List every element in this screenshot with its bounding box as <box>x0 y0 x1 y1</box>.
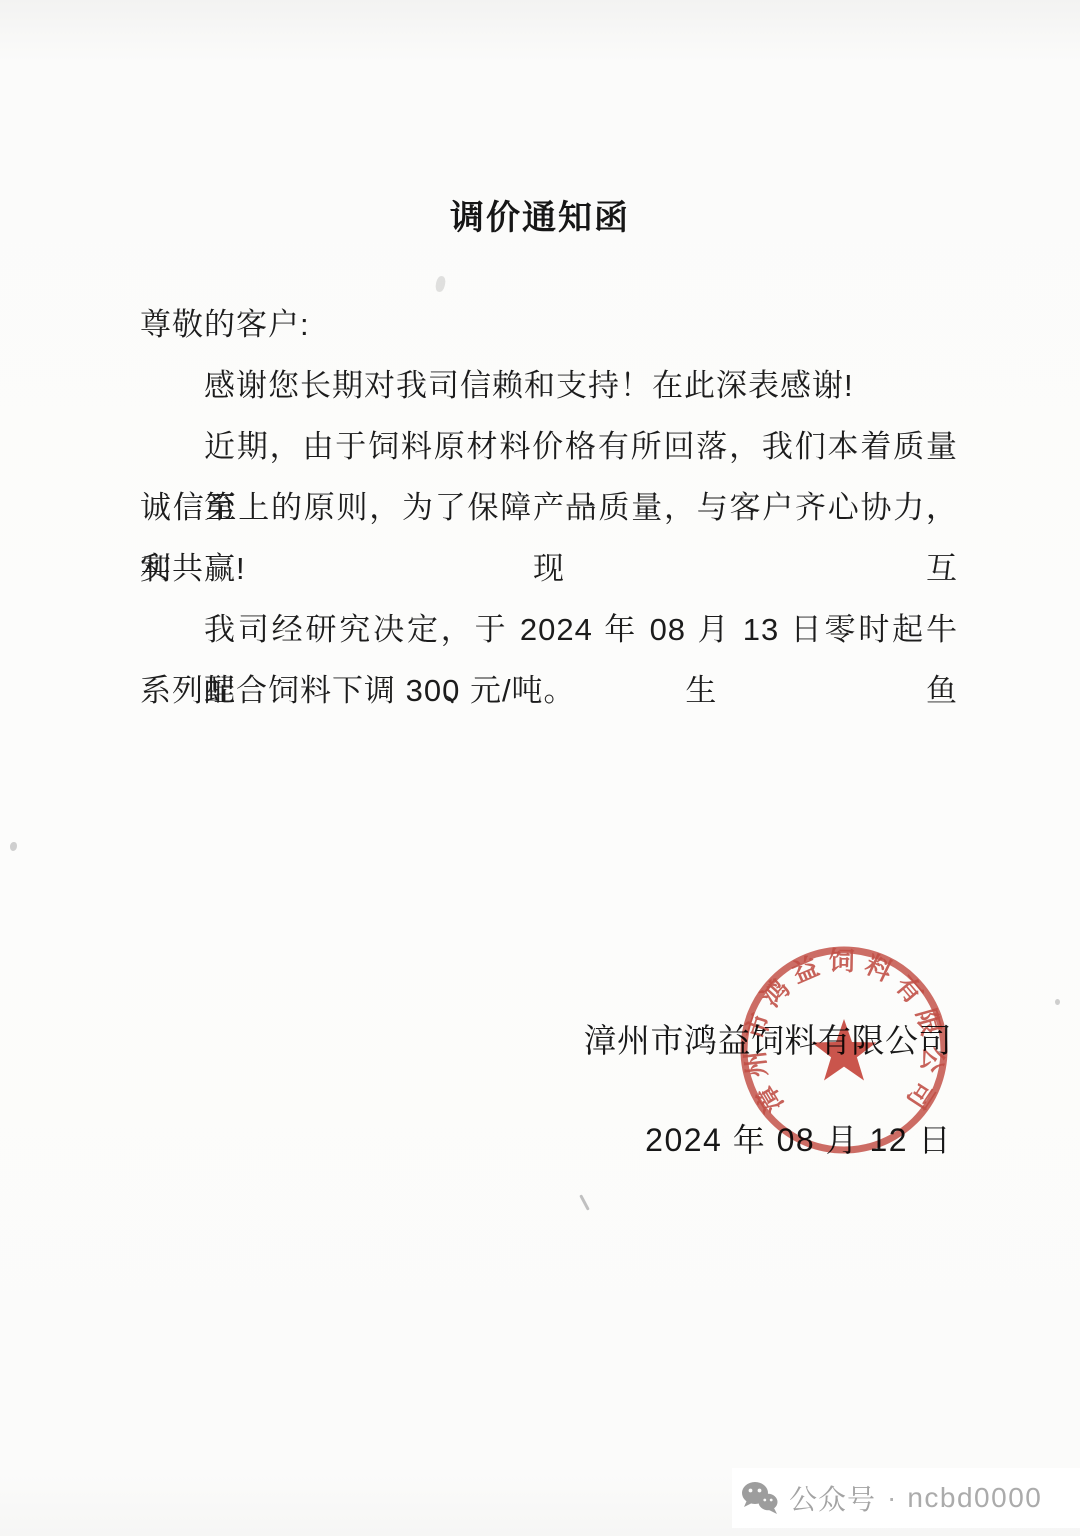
scan-artifact <box>434 275 446 293</box>
scan-artifact <box>1055 999 1060 1005</box>
watermark-account: ncbd0000 <box>907 1482 1042 1514</box>
wechat-watermark: 公众号 · ncbd0000 <box>732 1468 1080 1528</box>
wechat-icon <box>740 1480 780 1516</box>
salutation-line: 尊敬的客户: <box>140 294 958 355</box>
document-body: 尊敬的客户: 感谢您长期对我司信赖和支持！在此深表感谢! 近期，由于饲料原材料价… <box>140 294 958 721</box>
body-line: 诚信至上的原则，为了保障产品质量，与客户齐心协力，实现互 <box>140 477 958 538</box>
star-icon <box>812 1019 877 1081</box>
body-line: 近期，由于饲料原材料价格有所回落，我们本着质量第一， <box>140 416 958 477</box>
watermark-separator: · <box>885 1482 898 1514</box>
scan-artifact <box>10 842 17 851</box>
body-line: 感谢您长期对我司信赖和支持！在此深表感谢! <box>140 355 958 416</box>
body-line: 我司经研究决定，于 2024 年 08 月 13 日零时起牛蛙、生鱼 <box>140 599 958 660</box>
document-page: 调价通知函 尊敬的客户: 感谢您长期对我司信赖和支持！在此深表感谢! 近期，由于… <box>0 0 1080 1536</box>
scan-artifact <box>579 1194 590 1210</box>
company-seal-stamp: 漳州市鸿益饲料有限公司 <box>729 935 959 1165</box>
watermark-label: 公众号 <box>789 1478 876 1518</box>
document-title: 调价通知函 <box>0 190 1080 239</box>
